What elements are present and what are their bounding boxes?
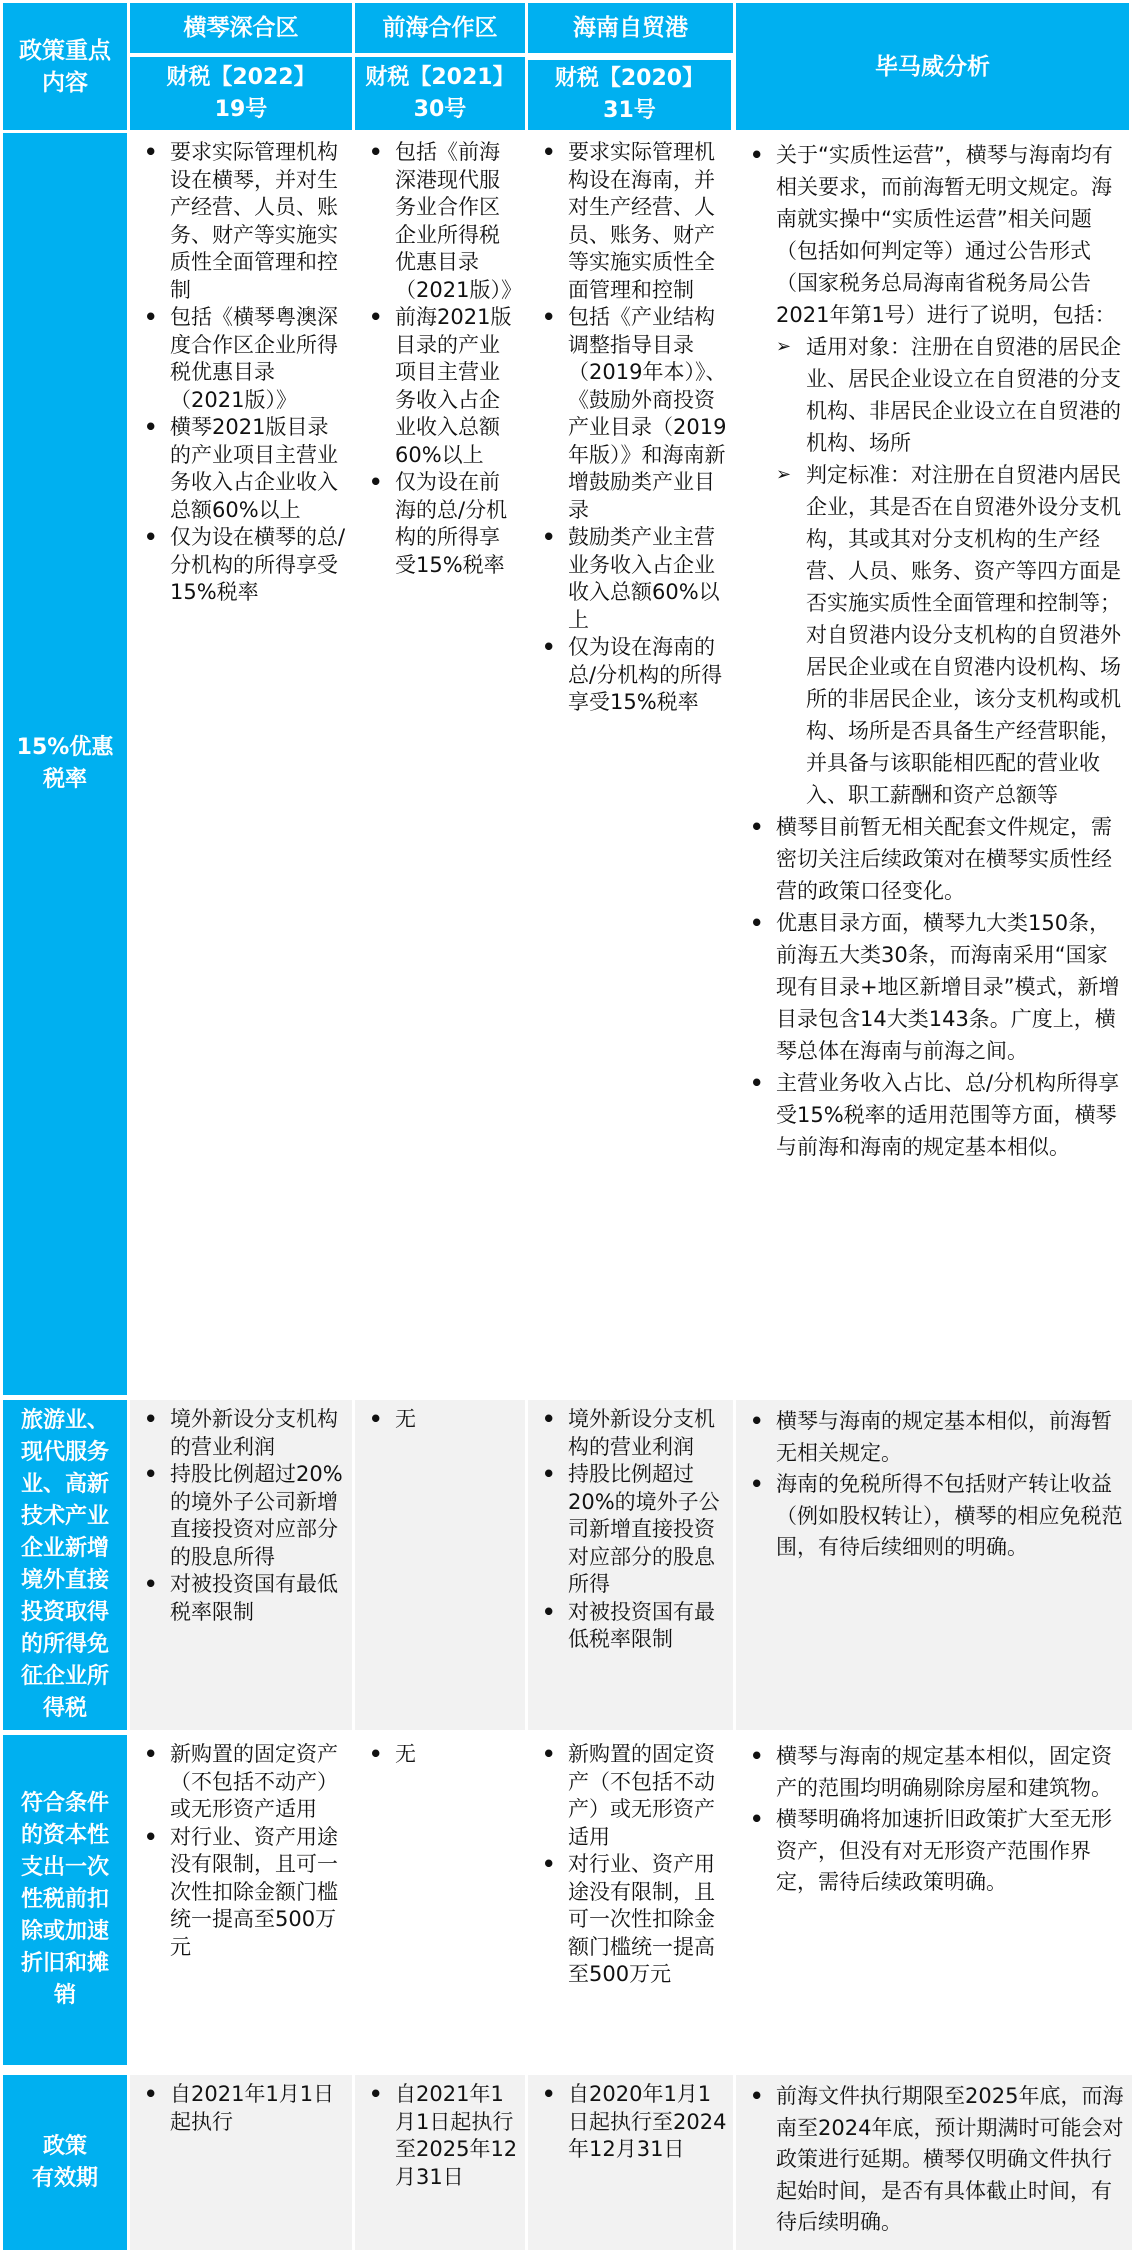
list-item: 包括《前海深港现代服务业合作区企业所得税优惠目录（2021版）》 [361, 139, 519, 304]
list-item: 包括《横琴粤澳深度合作区企业所得税优惠目录（2021版）》 [136, 304, 346, 414]
row-label-policy-validity: 政策 有效期 [3, 2075, 127, 2250]
cell-analysis-validity: 前海文件执行期限至2025年底，而海南至2024年底，预计期满时可能会对政策进行… [736, 2075, 1132, 2250]
cell-hainan-capex: 新购置的固定资产（不包括不动产）或无形资产适用 对行业、资产用途没有限制，且可一… [528, 1735, 733, 2065]
cell-hengqin-capex: 新购置的固定资产（不包括不动产）或无形资产适用 对行业、资产用途没有限制，且可一… [130, 1735, 352, 2065]
list-item: 关于“实质性运营”，横琴与海南均有相关要求，而前海暂无明文规定。海南就实操中“实… [742, 139, 1126, 811]
row-label-15-percent-rate: 15%优惠 税率 [3, 133, 127, 1395]
list-item: 境外新设分支机构的营业利润 [136, 1406, 346, 1461]
column-header-qianhai: 前海合作区 [355, 3, 525, 53]
list-item: 对被投资国有最低税率限制 [534, 1599, 727, 1654]
list-item: 仅为设在横琴的总/分机构的所得享受15%税率 [136, 524, 346, 607]
list-item: 仅为设在前海的总/分机构的所得享受15%税率 [361, 469, 519, 579]
cell-qianhai-15-percent: 包括《前海深港现代服务业合作区企业所得税优惠目录（2021版）》 前海2021版… [355, 133, 525, 1395]
list-item: 持股比例超过20%的境外子公司新增直接投资对应部分的股息所得 [534, 1461, 727, 1599]
list-item: 对行业、资产用途没有限制，且可一次性扣除金额门槛统一提高至500万元 [136, 1824, 346, 1962]
cell-qianhai-overseas: 无 [355, 1400, 525, 1730]
list-item: 新购置的固定资产（不包括不动产）或无形资产适用 [136, 1741, 346, 1824]
list-item: 横琴目前暂无相关配套文件规定，需密切关注后续政策对在横琴实质性经营的政策口径变化… [742, 811, 1126, 907]
list-item: 鼓励类产业主营业务收入占企业收入总额60%以上 [534, 524, 727, 634]
list-item: 横琴明确将加速折旧政策扩大至无形资产，但没有对无形资产范围作界定，需待后续政策明… [742, 1804, 1126, 1899]
list-item: 境外新设分支机构的营业利润 [534, 1406, 727, 1461]
list-item: 前海2021版目录的产业项目主营业务收入占企业收入总额60%以上 [361, 304, 519, 469]
column-header-hainan: 海南自贸港 [528, 3, 733, 53]
cell-hainan-overseas: 境外新设分支机构的营业利润 持股比例超过20%的境外子公司新增直接投资对应部分的… [528, 1400, 733, 1730]
corner-header: 政策重点 内容 [3, 3, 127, 130]
list-item: 无 [361, 1741, 519, 1769]
list-item: 海南的免税所得不包括财产转让收益（例如股权转让），横琴的相应免税范围，有待后续细… [742, 1469, 1126, 1564]
list-item: 自2021年1月1日起执行至2025年12月31日 [361, 2081, 519, 2191]
analysis-header: 毕马威分析 [736, 3, 1129, 130]
cell-analysis-capex: 横琴与海南的规定基本相似，固定资产的范围均明确剔除房屋和建筑物。 横琴明确将加速… [736, 1735, 1132, 2065]
cell-hengqin-validity: 自2021年1月1日起执行 [130, 2075, 352, 2250]
cell-qianhai-validity: 自2021年1月1日起执行至2025年12月31日 [355, 2075, 525, 2250]
list-item: 横琴与海南的规定基本相似，固定资产的范围均明确剔除房屋和建筑物。 [742, 1741, 1126, 1804]
sub-list-item: 适用对象：注册在自贸港的居民企业、居民企业设立在自贸港的分支机构、非居民企业设立… [776, 331, 1126, 459]
cell-hainan-15-percent: 要求实际管理机构设在海南，并对生产经营、人员、账务、财产等实施实质性全面管理和控… [528, 133, 733, 1395]
list-item: 自2021年1月1日起执行 [136, 2081, 346, 2136]
row-label-overseas-investment-exemption: 旅游业、现代服务业、高新技术产业企业新增境外直接投资取得的所得免征企业所得税 [3, 1400, 127, 1730]
cell-qianhai-capex: 无 [355, 1735, 525, 2065]
row-label-capital-expenditure: 符合条件的资本性支出一次性税前扣除或加速折旧和摊销 [3, 1735, 127, 2065]
analysis-point: 关于“实质性运营”，横琴与海南均有相关要求，而前海暂无明文规定。海南就实操中“实… [776, 143, 1116, 327]
column-header-hengqin: 横琴深合区 [130, 3, 352, 53]
cell-hengqin-overseas: 境外新设分支机构的营业利润 持股比例超过20%的境外子公司新增直接投资对应部分的… [130, 1400, 352, 1730]
list-item: 包括《产业结构调整指导目录（2019年本）》、《鼓励外商投资产业目录（2019年… [534, 304, 727, 524]
list-item: 优惠目录方面，横琴九大类150条，前海五大类30条，而海南采用“国家现有目录+地… [742, 907, 1126, 1067]
list-item: 横琴与海南的规定基本相似，前海暂无相关规定。 [742, 1406, 1126, 1469]
cell-hengqin-15-percent: 要求实际管理机构设在横琴，并对生产经营、人员、账务、财产等实施实质性全面管理和控… [130, 133, 352, 1395]
cell-hainan-validity: 自2020年1月1日起执行至2024年12月31日 [528, 2075, 733, 2250]
doc-header-hengqin: 财税【2022】 19号 [130, 57, 352, 130]
list-item: 新购置的固定资产（不包括不动产）或无形资产适用 [534, 1741, 727, 1851]
list-item: 前海文件执行期限至2025年底，而海南至2024年底，预计期满时可能会对政策进行… [742, 2081, 1126, 2239]
list-item: 对被投资国有最低税率限制 [136, 1571, 346, 1626]
doc-header-hainan: 财税【2020】 31号 [528, 60, 731, 130]
sub-list-item: 判定标准：对注册在自贸港内居民企业，其是否在自贸港外设分支机构，其或其对分支机构… [776, 459, 1126, 811]
list-item: 横琴2021版目录的产业项目主营业务收入占企业收入总额60%以上 [136, 414, 346, 524]
cell-analysis-15-percent: 关于“实质性运营”，横琴与海南均有相关要求，而前海暂无明文规定。海南就实操中“实… [736, 133, 1132, 1395]
cell-analysis-overseas: 横琴与海南的规定基本相似，前海暂无相关规定。 海南的免税所得不包括财产转让收益（… [736, 1400, 1132, 1730]
list-item: 自2020年1月1日起执行至2024年12月31日 [534, 2081, 727, 2164]
doc-header-qianhai: 财税【2021】 30号 [355, 57, 525, 130]
list-item: 对行业、资产用途没有限制，且可一次性扣除金额门槛统一提高至500万元 [534, 1851, 727, 1989]
list-item: 无 [361, 1406, 519, 1434]
policy-comparison-table: 政策重点 内容 横琴深合区 前海合作区 海南自贸港 财税【2022】 19号 财… [0, 0, 1132, 2255]
list-item: 要求实际管理机构设在横琴，并对生产经营、人员、账务、财产等实施实质性全面管理和控… [136, 139, 346, 304]
list-item: 持股比例超过20%的境外子公司新增直接投资对应部分的股息所得 [136, 1461, 346, 1571]
list-item: 主营业务收入占比、总/分机构所得享受15%税率的适用范围等方面，横琴与前海和海南… [742, 1067, 1126, 1163]
list-item: 仅为设在海南的总/分机构的所得享受15%税率 [534, 634, 727, 717]
list-item: 要求实际管理机构设在海南，并对生产经营、人员、账务、财产等实施实质性全面管理和控… [534, 139, 727, 304]
